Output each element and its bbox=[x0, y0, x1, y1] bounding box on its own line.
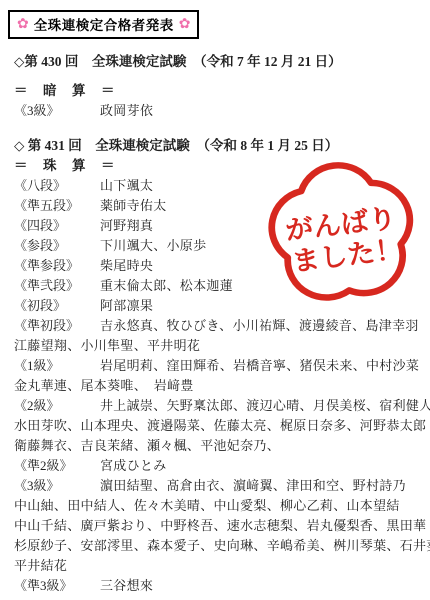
ganbarimashita-stamp: がんばり ました！ bbox=[256, 157, 428, 303]
exam-431-heading: ◇ 第 431 回 全珠連検定試験 （令和 8 年 1 月 25 日） bbox=[14, 136, 426, 156]
passer-names: 金丸華連、尾本葵唯、 岩﨑豊 bbox=[14, 376, 426, 396]
passer-names: 水田芽吹、山本理央、渡邉陽菜、佐藤太亮、梶原日奈多、河野恭太郎 bbox=[14, 416, 426, 436]
grade-label: 《八段》 bbox=[14, 176, 100, 196]
passer-names: 衛藤舞衣、吉良茉緒、瀬々楓、平池妃奈乃、 bbox=[14, 436, 426, 456]
passer-names: 濵田結聖、髙倉由衣、濵﨑翼、津田和空、野村詩乃 bbox=[100, 476, 426, 496]
passer-names: 政岡芽依 bbox=[100, 101, 426, 121]
page-title-banner: ✿ 全珠連検定合格者発表 ✿ bbox=[8, 10, 199, 39]
grade-label: 《初段》 bbox=[14, 296, 100, 316]
flower-icon: ✿ bbox=[179, 17, 191, 31]
grade-label: 《3級》 bbox=[14, 101, 100, 121]
grade-label: 《準2級》 bbox=[14, 456, 100, 476]
passer-names: 三谷想來 bbox=[100, 576, 426, 596]
passer-names: 井上誠崇、矢野稟汰郎、渡辺心晴、月俣美桜、宿利健人 bbox=[100, 396, 430, 416]
grade-label: 《準五段》 bbox=[14, 196, 100, 216]
passer-names: 杉原紗子、安部澪里、森本愛子、史向琳、辛嶋希美、桝川琴葉、石井葵 bbox=[14, 536, 430, 556]
results-content: ◇第 430 回 全珠連検定試験 （令和 7 年 12 月 21 日） ＝ 暗 … bbox=[14, 52, 426, 596]
grade-label: 《3級》 bbox=[14, 476, 100, 496]
passer-names: 宮成ひとみ bbox=[100, 456, 426, 476]
grade-label: 《1級》 bbox=[14, 356, 100, 376]
grade-row-continuation: 水田芽吹、山本理央、渡邉陽菜、佐藤太亮、梶原日奈多、河野恭太郎 bbox=[14, 416, 426, 436]
grade-row: 《準初段》 吉永悠真、牧ひびき、小川祐輝、渡邊綾音、島津幸羽 bbox=[14, 316, 426, 336]
announcement-page: ✿ 全珠連検定合格者発表 ✿ ◇第 430 回 全珠連検定試験 （令和 7 年 … bbox=[0, 0, 430, 600]
exam-430-rows: 《3級》 政岡芽依 bbox=[14, 101, 426, 121]
grade-row: 《2級》 井上誠崇、矢野稟汰郎、渡辺心晴、月俣美桜、宿利健人 bbox=[14, 396, 426, 416]
grade-row-continuation: 中山千結、廣戸紫おり、中野柊吾、速水志穂梨、岩丸優梨香、黒田華 bbox=[14, 516, 426, 536]
grade-label: 《四段》 bbox=[14, 216, 100, 236]
passer-names: 吉永悠真、牧ひびき、小川祐輝、渡邊綾音、島津幸羽 bbox=[100, 316, 426, 336]
grade-row-continuation: 中山紬、田中結人、佐々木美晴、中山愛梨、柳心乙莉、山本望結 bbox=[14, 496, 426, 516]
section-exam-430: ◇第 430 回 全珠連検定試験 （令和 7 年 12 月 21 日） ＝ 暗 … bbox=[14, 52, 426, 121]
grade-row-continuation: 衛藤舞衣、吉良茉緒、瀬々楓、平池妃奈乃、 bbox=[14, 436, 426, 456]
grade-row-continuation: 江藤望翔、小川隼聖、平井明花 bbox=[14, 336, 426, 356]
grade-row-continuation: 金丸華連、尾本葵唯、 岩﨑豊 bbox=[14, 376, 426, 396]
grade-row: 《1級》 岩尾明莉、窪田輝希、岩橋音寧、猪俣未来、中村沙菜 bbox=[14, 356, 426, 376]
grade-row-continuation: 杉原紗子、安部澪里、森本愛子、史向琳、辛嶋希美、桝川琴葉、石井葵 bbox=[14, 536, 426, 556]
grade-row: 《準3級》 三谷想來 bbox=[14, 576, 426, 596]
passer-names: 平井結花 bbox=[14, 556, 426, 576]
passer-names: 江藤望翔、小川隼聖、平井明花 bbox=[14, 336, 426, 356]
grade-row: 《3級》 濵田結聖、髙倉由衣、濵﨑翼、津田和空、野村詩乃 bbox=[14, 476, 426, 496]
passer-names: 中山紬、田中結人、佐々木美晴、中山愛梨、柳心乙莉、山本望結 bbox=[14, 496, 426, 516]
grade-row: 《3級》 政岡芽依 bbox=[14, 101, 426, 121]
grade-row: 《準2級》 宮成ひとみ bbox=[14, 456, 426, 476]
grade-row-continuation: 平井結花 bbox=[14, 556, 426, 576]
passer-names: 中山千結、廣戸紫おり、中野柊吾、速水志穂梨、岩丸優梨香、黒田華 bbox=[14, 516, 426, 536]
grade-label: 《2級》 bbox=[14, 396, 100, 416]
grade-label: 《参段》 bbox=[14, 236, 100, 256]
grade-label: 《準初段》 bbox=[14, 316, 100, 336]
page-title: 全珠連検定合格者発表 bbox=[34, 14, 174, 34]
passer-names: 岩尾明莉、窪田輝希、岩橋音寧、猪俣未来、中村沙菜 bbox=[100, 356, 426, 376]
flower-icon: ✿ bbox=[17, 17, 29, 31]
grade-label: 《準弐段》 bbox=[14, 276, 100, 296]
grade-label: 《準3級》 bbox=[14, 576, 100, 596]
grade-label: 《準参段》 bbox=[14, 256, 100, 276]
exam-430-subject-anzan: ＝ 暗 算 ＝ bbox=[14, 81, 426, 101]
exam-430-heading: ◇第 430 回 全珠連検定試験 （令和 7 年 12 月 21 日） bbox=[14, 52, 426, 72]
